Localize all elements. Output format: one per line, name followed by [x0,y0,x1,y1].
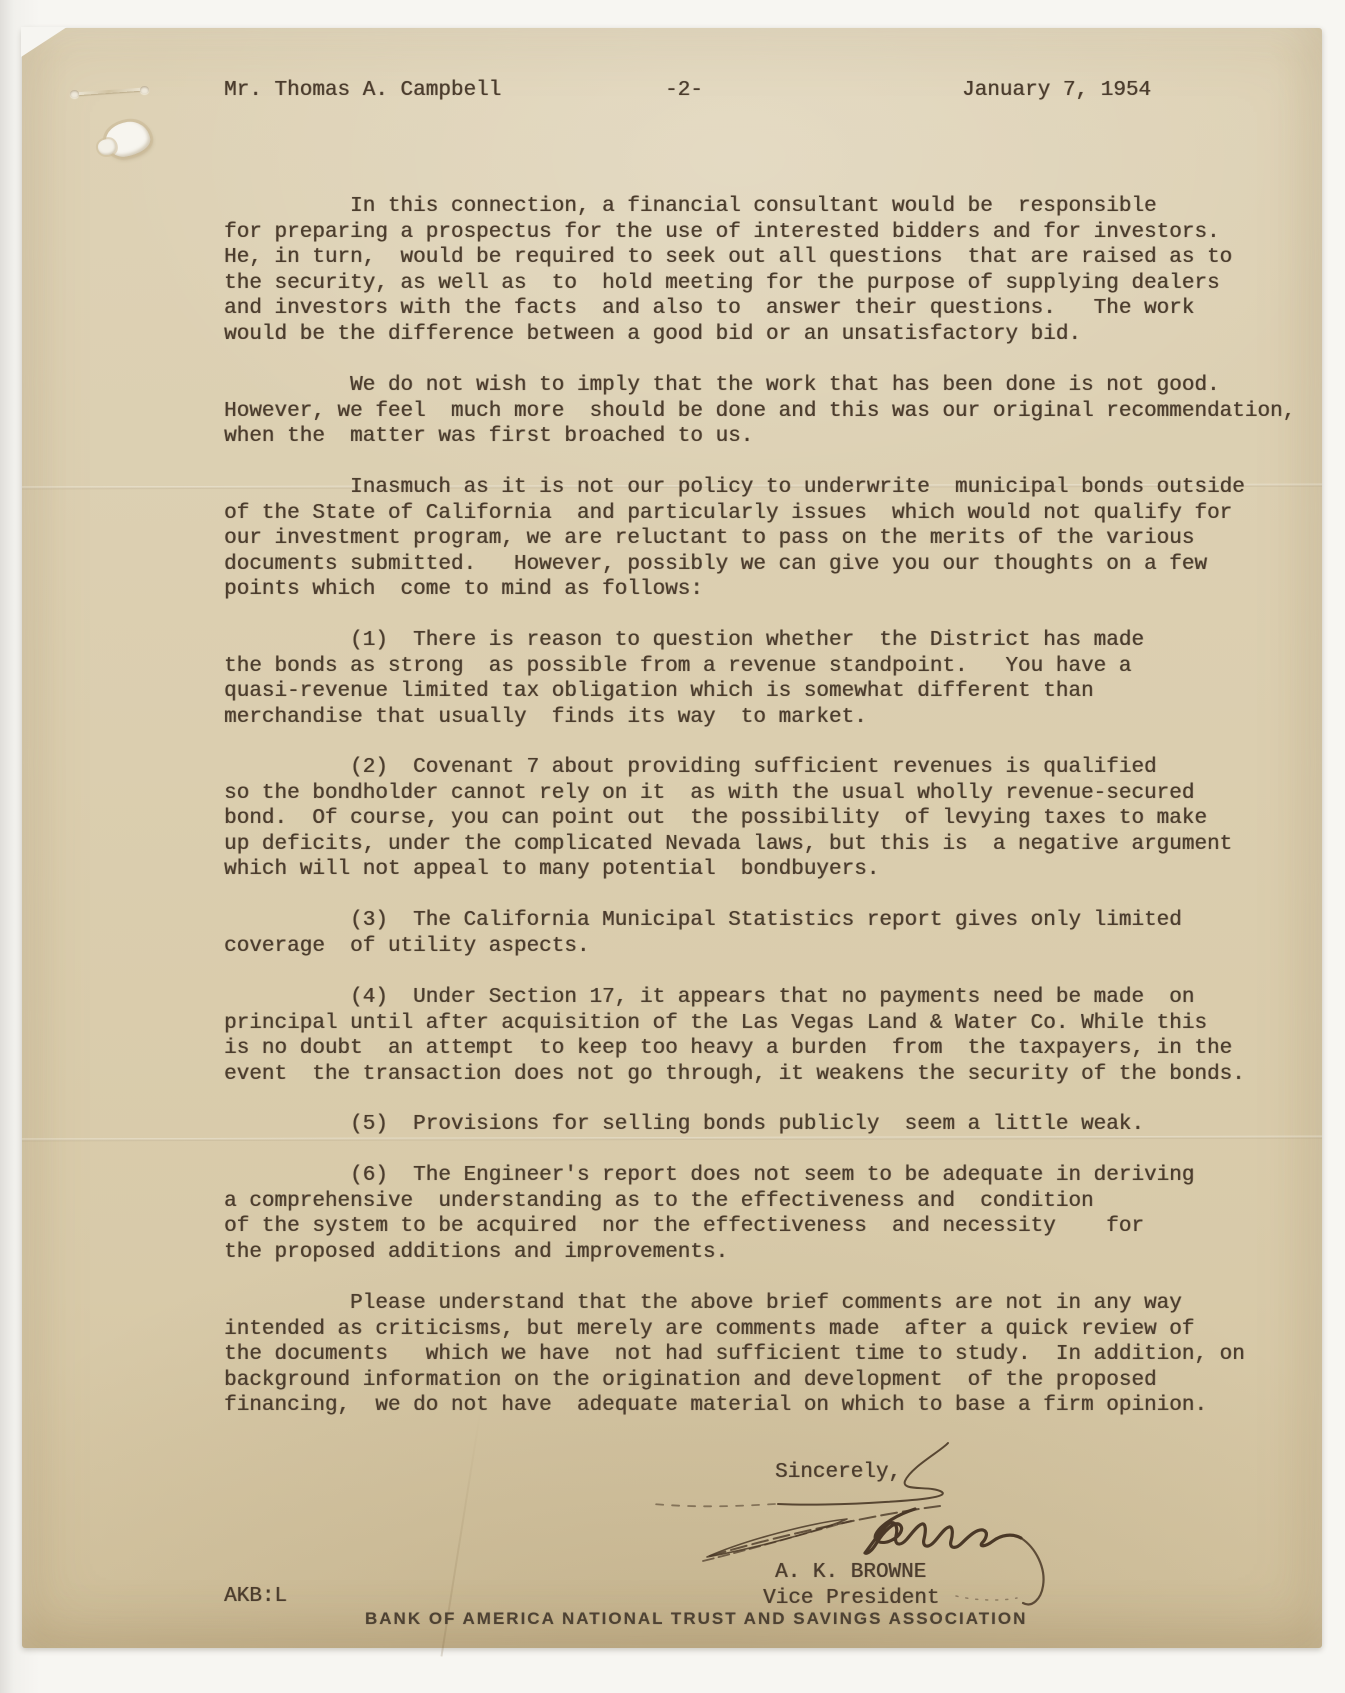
paragraph-4-item-1: (1) There is reason to question whether … [224,628,1144,730]
paragraph-2: We do not wish to imply that the work th… [224,373,1295,450]
paragraph-8-item-5: (5) Provisions for selling bonds publicl… [224,1112,1144,1138]
staple-hole [140,86,149,94]
scanned-letter-page: Mr. Thomas A. Campbell -2- January 7, 19… [0,0,1345,1693]
paragraph-6-item-3: (3) The California Municipal Statistics … [224,908,1182,959]
torn-corner [21,27,67,57]
date-line: January 7, 1954 [962,78,1151,104]
handwritten-signature [615,1435,1055,1615]
staple-tear-hole [104,119,152,159]
paragraph-9-item-6: (6) The Engineer's report does not seem … [224,1163,1194,1265]
paragraph-1: In this connection, a financial consulta… [224,194,1232,347]
paragraph-5-item-2: (2) Covenant 7 about providing sufficien… [224,755,1232,883]
staple-scratch-mark [72,87,146,95]
paragraph-3: Inasmuch as it is not our policy to unde… [224,475,1245,603]
paper-sheet: Mr. Thomas A. Campbell -2- January 7, 19… [22,28,1322,1648]
paragraph-7-item-4: (4) Under Section 17, it appears that no… [224,985,1245,1087]
staple-hole [70,90,79,98]
recipient-name: Mr. Thomas A. Campbell [224,78,501,104]
typist-initials: AKB:L [224,1584,287,1610]
page-number: -2- [665,78,703,104]
paragraph-10: Please understand that the above brief c… [224,1291,1245,1419]
